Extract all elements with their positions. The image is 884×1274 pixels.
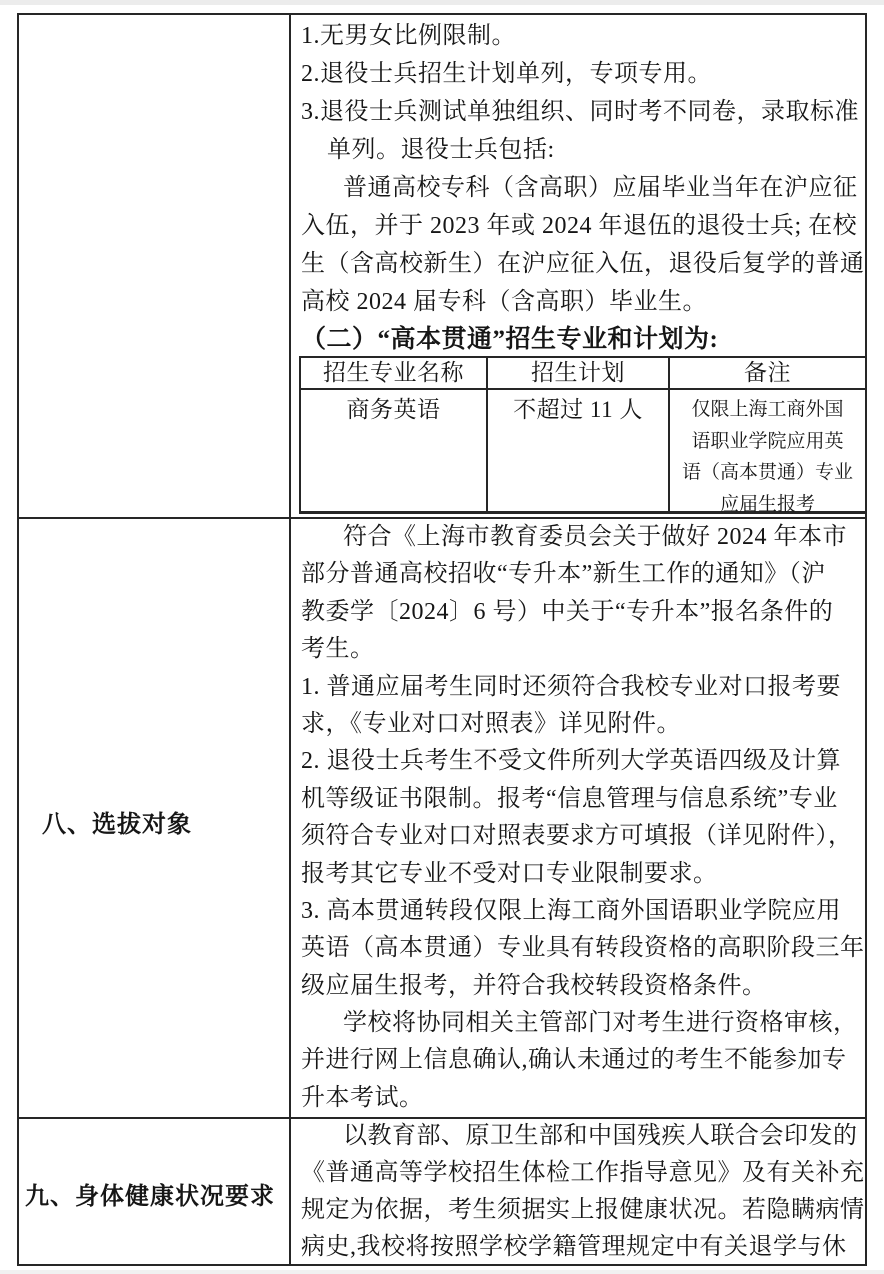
header-plan: 招生计划 bbox=[488, 358, 668, 388]
text-line: 符合《上海市教育委员会关于做好 2024 年本市 bbox=[301, 519, 865, 556]
text-line: 求，《专业对口对照表》详见附件。 bbox=[301, 706, 865, 743]
subsection-heading: （二）“高本贯通”招生专业和计划为: bbox=[301, 321, 865, 359]
text-line: 须符合专业对口对照表要求方可填报（详见附件）， bbox=[301, 818, 865, 855]
text-line: 学校将协同相关主管部门对考生进行资格审核， bbox=[301, 1005, 865, 1042]
text-line: 入伍，并于 2023 年或 2024 年退伍的退役士兵; 在校 bbox=[301, 207, 865, 245]
cell-health-requirements: 以教育部、原卫生部和中国残疾人联合会印发的 《普通高等学校招生体检工作指导意见》… bbox=[301, 1118, 865, 1266]
inner-header-divider bbox=[301, 388, 865, 390]
text-line: 机等级证书限制。报考“信息管理与信息系统”专业 bbox=[301, 781, 865, 818]
text-line: 《普通高等学校招生体检工作指导意见》及有关补充 bbox=[301, 1155, 865, 1192]
text-line: 2.退役士兵招生计划单列，专项专用。 bbox=[301, 55, 865, 93]
remark-line: 仅限上海工商外国 bbox=[670, 394, 865, 426]
text-line: 3. 高本贯通转段仅限上海工商外国语职业学院应用 bbox=[301, 893, 865, 930]
text-line: 级应届生报考，并符合我校转段资格条件。 bbox=[301, 968, 865, 1005]
text-line: 病史,我校将按照学校学籍管理规定中有关退学与休 bbox=[301, 1229, 865, 1266]
cell-plan: 不超过 11 人 bbox=[488, 396, 668, 424]
text-line: 英语（高本贯通）专业具有转段资格的高职阶段三年 bbox=[301, 930, 865, 967]
remark-line: 语（高本贯通）专业 bbox=[670, 457, 865, 489]
cell-selection-targets: 符合《上海市教育委员会关于做好 2024 年本市 部分普通高校招收“专升本”新生… bbox=[301, 519, 865, 1117]
text-line: 1.无男女比例限制。 bbox=[301, 17, 865, 55]
page-top-edge bbox=[0, 0, 884, 5]
row-label-health-requirements: 九、身体健康状况要求 bbox=[25, 1176, 275, 1211]
text-line: 2. 退役士兵考生不受文件所列大学英语四级及计算 bbox=[301, 743, 865, 780]
header-remark: 备注 bbox=[670, 358, 865, 388]
text-line: 生（含高校新生）在沪应征入伍，退役后复学的普通 bbox=[301, 245, 865, 283]
text-line: 教委学〔2024〕6 号）中关于“专升本”报名条件的 bbox=[301, 594, 865, 631]
text-line: 普通高校专科（含高职）应届毕业当年在沪应征 bbox=[301, 169, 865, 207]
text-line: 单列。退役士兵包括: bbox=[301, 131, 865, 169]
text-line: 升本考试。 bbox=[301, 1080, 865, 1117]
remark-line: 语职业学院应用英 bbox=[670, 426, 865, 458]
text-line: 规定为依据，考生须据实上报健康状况。若隐瞒病情 bbox=[301, 1192, 865, 1229]
text-line: 并进行网上信息确认,确认未通过的考生不能参加专 bbox=[301, 1042, 865, 1079]
cell-major-name: 商务英语 bbox=[301, 396, 486, 424]
text-line: 部分普通高校招收“专升本”新生工作的通知》（沪 bbox=[301, 556, 865, 593]
page-bottom-edge bbox=[0, 1270, 884, 1274]
text-line: 高校 2024 届专科（含高职）毕业生。 bbox=[301, 283, 865, 321]
row-label-selection-targets: 八、选拔对象 bbox=[42, 804, 192, 839]
cell-enrollment-plan: 1.无男女比例限制。 2.退役士兵招生计划单列，专项专用。 3.退役士兵测试单独… bbox=[301, 17, 865, 359]
majors-plan-table: 招生专业名称 招生计划 备注 商务英语 不超过 11 人 仅限上海工商外国 语职… bbox=[299, 356, 867, 514]
text-line: 1. 普通应届考生同时还须符合我校专业对口报考要 bbox=[301, 669, 865, 706]
column-divider bbox=[289, 13, 291, 1266]
text-line: 3.退役士兵测试单独组织、同时考不同卷，录取标准 bbox=[301, 93, 865, 131]
cell-remark: 仅限上海工商外国 语职业学院应用英 语（高本贯通）专业 应届生报考 bbox=[670, 394, 865, 520]
header-major-name: 招生专业名称 bbox=[301, 358, 486, 388]
text-line: 报考其它专业不受对口专业限制要求。 bbox=[301, 856, 865, 893]
text-line: 考生。 bbox=[301, 631, 865, 668]
text-line: 以教育部、原卫生部和中国残疾人联合会印发的 bbox=[301, 1118, 865, 1155]
remark-line: 应届生报考 bbox=[670, 489, 865, 521]
